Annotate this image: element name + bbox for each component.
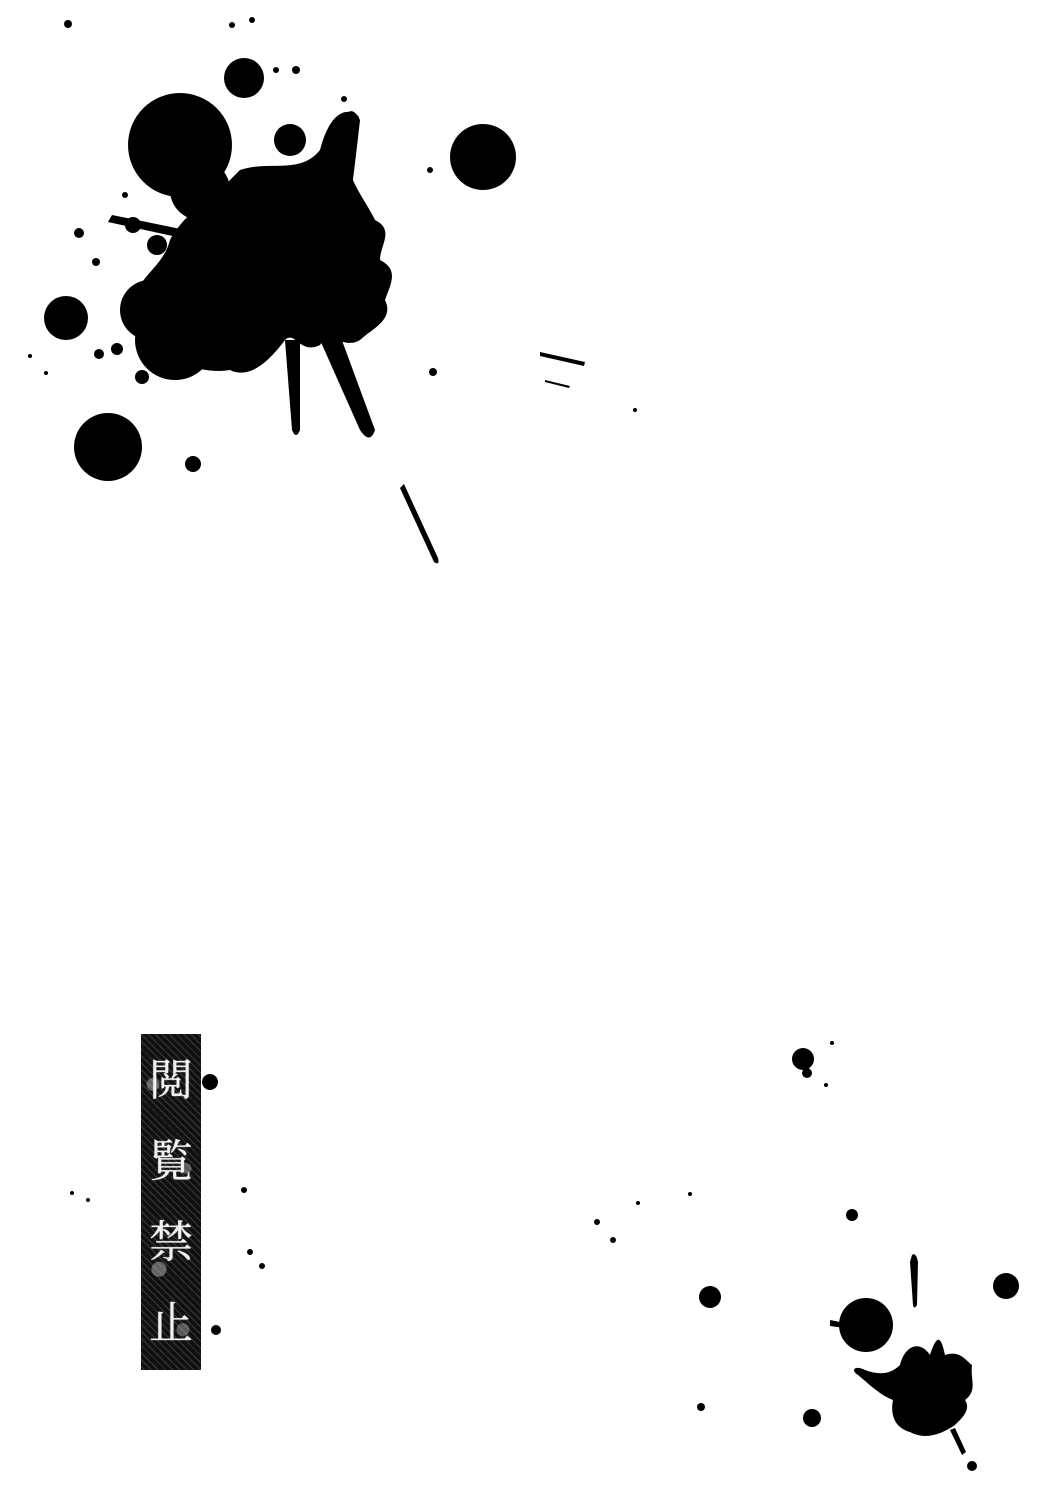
title-char-4: 止 xyxy=(149,1302,193,1346)
manga-page: 閲 覧 禁 止 xyxy=(0,0,1058,1500)
title-char-1: 閲 xyxy=(149,1059,193,1103)
title-label-vertical: 閲 覧 禁 止 xyxy=(141,1034,201,1370)
title-char-3: 禁 xyxy=(149,1221,193,1265)
title-char-2: 覧 xyxy=(149,1140,193,1184)
